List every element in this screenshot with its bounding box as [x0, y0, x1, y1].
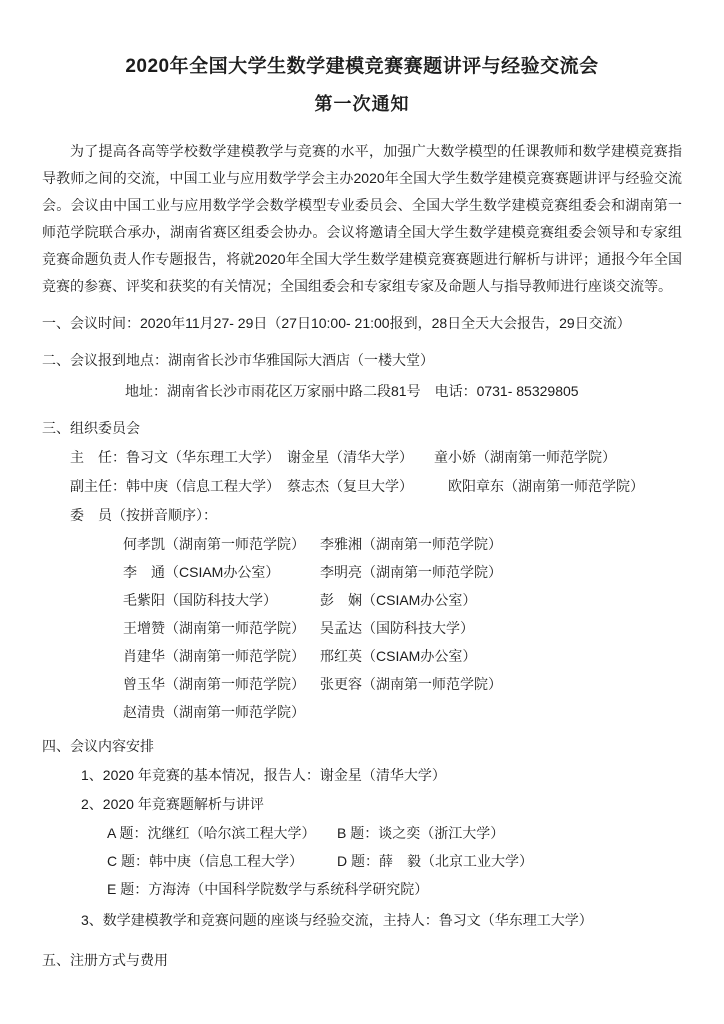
agenda-topic-row: E 题：方海涛（中国科学院数学与系统科学研究院） — [42, 875, 682, 903]
committee-chairs-line: 主 任：鲁习文（华东理工大学） 谢金星（清华大学） 童小娇（湖南第一师范学院） — [42, 443, 682, 472]
committee-member-row: 李 通（CSIAM办公室） 李明亮（湖南第一师范学院） — [42, 558, 682, 586]
venue-address-line: 地址：湖南省长沙市雨花区万家丽中路二段81号 电话：0731- 85329805 — [42, 377, 682, 406]
member-name-left: 毛紫阳（国防科技大学） — [123, 586, 320, 614]
agenda-topic-row: C 题：韩中庚（信息工程大学） D 题：薛 毅（北京工业大学） — [42, 847, 682, 875]
topic-right: B 题：谈之奕（浙江大学） — [337, 819, 504, 847]
agenda-topic-row: A 题：沈继红（哈尔滨工程大学） B 题：谈之奕（浙江大学） — [42, 819, 682, 847]
committee-vice-chairs-line: 副主任：韩中庚（信息工程大学） 蔡志杰（复旦大学） 欧阳章东（湖南第一师范学院） — [42, 472, 682, 501]
topic-left: E 题：方海涛（中国科学院数学与系统科学研究院） — [107, 875, 337, 903]
member-name-left: 肖建华（湖南第一师范学院） — [123, 642, 320, 670]
member-name-right: 张更容（湖南第一师范学院） — [320, 670, 502, 698]
member-name-left: 何孝凯（湖南第一师范学院） — [123, 530, 320, 558]
committee-members-label: 委 员（按拼音顺序）： — [42, 501, 682, 530]
agenda-item-3: 3、数学建模教学和竞赛问题的座谈与经验交流，主持人：鲁习文（华东理工大学） — [42, 906, 682, 935]
member-name-right: 彭 娴（CSIAM办公室） — [320, 586, 476, 614]
committee-member-row: 曾玉华（湖南第一师范学院） 张更容（湖南第一师范学院） — [42, 670, 682, 698]
member-name-right: 李雅湘（湖南第一师范学院） — [320, 530, 502, 558]
committee-member-row: 赵清贵（湖南第一师范学院） — [42, 698, 682, 726]
committee-member-row: 何孝凯（湖南第一师范学院） 李雅湘（湖南第一师范学院） — [42, 530, 682, 558]
member-name-right: 李明亮（湖南第一师范学院） — [320, 558, 502, 586]
doc-title: 2020年全国大学生数学建模竞赛赛题讲评与经验交流会 — [42, 55, 682, 79]
topic-left: C 题：韩中庚（信息工程大学） — [107, 847, 337, 875]
member-name-left: 王增赞（湖南第一师范学院） — [123, 614, 320, 642]
member-name-right: 邢红英（CSIAM办公室） — [320, 642, 476, 670]
section-agenda-heading: 四、会议内容安排 — [42, 732, 682, 761]
agenda-item-2: 2、2020 年竞赛题解析与讲评 — [42, 790, 682, 819]
member-name-left: 曾玉华（湖南第一师范学院） — [123, 670, 320, 698]
member-name-left: 李 通（CSIAM办公室） — [123, 558, 320, 586]
section-venue-heading: 二、会议报到地点：湖南省长沙市华雅国际大酒店（一楼大堂） — [42, 346, 682, 375]
section-registration-heading: 五、注册方式与费用 — [42, 946, 682, 975]
committee-member-row: 毛紫阳（国防科技大学） 彭 娴（CSIAM办公室） — [42, 586, 682, 614]
agenda-item-1: 1、2020 年竞赛的基本情况，报告人：谢金星（清华大学） — [42, 761, 682, 790]
committee-member-row: 王增赞（湖南第一师范学院） 吴孟达（国防科技大学） — [42, 614, 682, 642]
document-page: 2020年全国大学生数学建模竞赛赛题讲评与经验交流会 第一次通知 为了提高各高等… — [0, 0, 724, 1024]
doc-subtitle: 第一次通知 — [42, 92, 682, 116]
member-name-left: 赵清贵（湖南第一师范学院） — [123, 698, 320, 726]
intro-paragraph: 为了提高各高等学校数学建模教学与竞赛的水平，加强广大数学模型的任课教师和数学建模… — [42, 138, 682, 300]
topic-left: A 题：沈继红（哈尔滨工程大学） — [107, 819, 337, 847]
member-name-right: 吴孟达（国防科技大学） — [320, 614, 474, 642]
section-committee-heading: 三、组织委员会 — [42, 414, 682, 443]
topic-right: D 题：薛 毅（北京工业大学） — [337, 847, 533, 875]
section-time-heading: 一、会议时间：2020年11月27- 29日（27日10:00- 21:00报到… — [42, 309, 682, 338]
committee-member-row: 肖建华（湖南第一师范学院） 邢红英（CSIAM办公室） — [42, 642, 682, 670]
